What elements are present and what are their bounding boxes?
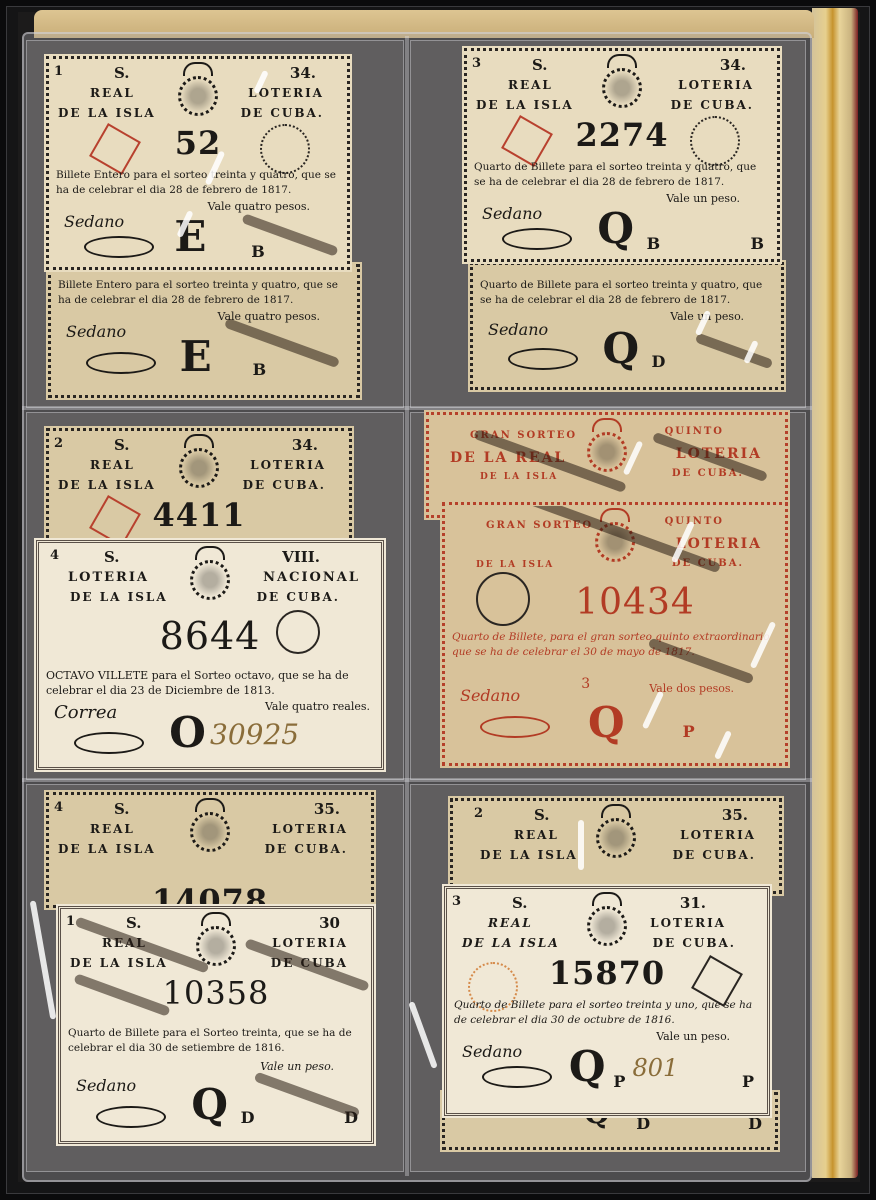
ticket-signature: Sedano xyxy=(488,320,548,339)
ticket-header-right-1: LOTERIA xyxy=(272,822,348,836)
ticket-corner-number: 1 xyxy=(54,64,63,79)
ticket-header-right-1: LOTERIA xyxy=(678,78,754,92)
ticket-series-letter: Q xyxy=(588,698,625,747)
ticket-series: S. xyxy=(114,64,130,82)
ticket-sub-letter: D xyxy=(241,1108,255,1127)
lottery-ticket-52: 1 S. 34. REAL DE LA ISLA LOTERIA DE CUBA… xyxy=(44,54,352,272)
ticket-series: S. xyxy=(512,894,528,912)
ticket-header-right-2: DE CUBA. xyxy=(671,98,754,112)
ticket-header-right-1: NACIONAL xyxy=(263,570,360,585)
ticket-sub-letter: D xyxy=(651,352,665,371)
ticket-header-left-2: DE LA ISLA xyxy=(476,560,554,570)
ticket-signature: Sedano xyxy=(64,212,124,231)
ticket-series: S. xyxy=(114,800,130,818)
ticket-draw-number: 30 xyxy=(319,914,340,932)
ticket-mark: 3 xyxy=(581,676,590,692)
ticket-draw-number: 34. xyxy=(290,64,316,82)
ticket-header-right-1: LOTERIA xyxy=(650,916,726,930)
ticket-number: 4411 xyxy=(50,496,348,534)
ticket-series: S. xyxy=(114,436,130,454)
royal-crest-icon xyxy=(188,798,232,856)
ticket-sub-letter: B xyxy=(253,360,267,379)
ticket-header-right-2: DE CUBA. xyxy=(265,842,348,856)
handwritten-number: 801 xyxy=(632,1054,678,1082)
lottery-ticket-10358: 1 S. 30 REAL DE LA ISLA LOTERIA DE CUBA … xyxy=(56,904,376,1146)
ticket-draw-number: 34. xyxy=(720,56,746,74)
ticket-value: Vale un peso. xyxy=(666,192,740,205)
lottery-ticket-10434: GRAN SORTEO DE LA ISLA QUINTO LOTERIA DE… xyxy=(440,500,790,768)
royal-crest-icon xyxy=(177,434,221,492)
album-spine-edge xyxy=(812,8,858,1178)
ticket-header-left-2: DE LA ISLA xyxy=(58,478,156,492)
ticket-header-left-2: DE LA ISLA xyxy=(70,590,168,604)
ticket-header-left-2: DE LA ISLA xyxy=(462,936,560,950)
ticket-sub-letter: P xyxy=(613,1072,625,1091)
ticket-text: Quarto de Billete para el sorteo treinta… xyxy=(454,998,760,1028)
ticket-header-right-2: DE CUBA. xyxy=(243,478,326,492)
ticket-header-right-2: DE CUBA. xyxy=(673,848,756,862)
ticket-series-letter: Q xyxy=(597,204,634,253)
royal-crest-icon xyxy=(600,54,644,112)
ticket-text: Quarto de Billete para el Sorteo treinta… xyxy=(68,1026,364,1056)
ticket-series: S. xyxy=(104,548,120,566)
royal-crest-icon xyxy=(594,804,638,862)
ticket-draw-number: 34. xyxy=(292,436,318,454)
ticket-header-left-2: DE LA ISLA xyxy=(480,848,578,862)
ticket-draw-number: VIII. xyxy=(282,548,320,566)
ticket-value: Vale un peso. xyxy=(260,1060,334,1073)
ticket-series-letter: Q xyxy=(603,324,640,373)
ticket-sub-letter: B xyxy=(251,242,265,261)
ticket-header-right-1: LOTERIA xyxy=(250,458,326,472)
ticket-value: Vale quatro reales. xyxy=(265,700,370,713)
ticket-sub-letter-right: P xyxy=(742,1072,754,1091)
ticket-draw-number: 35. xyxy=(722,806,748,824)
ticket-number: 2274 xyxy=(468,116,776,154)
ticket-header-right-2: DE CUBA. xyxy=(257,590,340,604)
ink-cancellation-mark xyxy=(224,318,340,368)
lottery-ticket-2274: 3 S. 34. REAL DE LA ISLA LOTERIA DE CUBA… xyxy=(462,46,782,264)
ticket-header-left-2: DE LA ISLA xyxy=(476,98,574,112)
ticket-series: S. xyxy=(534,806,550,824)
ticket-header-left-1: REAL xyxy=(90,86,135,100)
lottery-ticket-52-back: Billete Entero para el sorteo treinta y … xyxy=(46,262,362,400)
ticket-corner-number: 4 xyxy=(50,548,59,563)
ticket-signature: Sedano xyxy=(462,1042,522,1061)
ticket-header-left-1: REAL xyxy=(90,458,135,472)
ticket-corner-number: 3 xyxy=(452,894,461,909)
ticket-series-letter: Q xyxy=(569,1042,606,1091)
ticket-number: 15870 xyxy=(448,954,766,992)
sleeve-divider-horizontal-2 xyxy=(22,778,812,782)
ticket-value: Vale quatro pesos. xyxy=(208,200,310,213)
sleeve-glare xyxy=(578,820,584,870)
signature-flourish-icon xyxy=(86,352,156,374)
signature-flourish-icon xyxy=(508,348,578,370)
ticket-text: OCTAVO VILLETE para el Sorteo octavo, qu… xyxy=(46,668,374,698)
ticket-corner-number: 2 xyxy=(474,806,483,821)
ticket-text: Quarto de Billete para el sorteo treinta… xyxy=(480,278,774,308)
ticket-text: Quarto de Billete, para el gran sorteo q… xyxy=(452,630,778,660)
ticket-sub-letter: P xyxy=(683,722,695,741)
ticket-corner-number: 4 xyxy=(54,800,63,815)
signature-flourish-icon xyxy=(96,1106,166,1128)
ticket-header-left-1: REAL xyxy=(508,78,553,92)
lottery-ticket-4411: 2 S. 34. REAL DE LA ISLA LOTERIA DE CUBA… xyxy=(44,426,354,546)
ticket-corner-number: 3 xyxy=(472,56,481,71)
ticket-draw-number: 35. xyxy=(314,800,340,818)
ticket-series: S. xyxy=(126,914,142,932)
ticket-header-right-1: LOTERIA xyxy=(272,936,348,950)
ticket-header-left-1: REAL xyxy=(90,822,135,836)
ticket-series: S. xyxy=(532,56,548,74)
ticket-text: Quarto de Billete para el sorteo treinta… xyxy=(474,160,770,190)
ticket-header-left-1: REAL xyxy=(488,916,533,930)
lottery-ticket-15870: 3 S. 31. REAL DE LA ISLA LOTERIA DE CUBA… xyxy=(442,884,772,1118)
ticket-header-left-3: DE LA ISLA xyxy=(480,472,558,482)
ticket-header-left-2: DE LA ISLA xyxy=(58,106,156,120)
ink-cancellation-mark xyxy=(695,333,774,370)
signature-flourish-icon xyxy=(482,1066,552,1088)
ticket-header-right-1: QUINTO xyxy=(665,516,724,527)
handwritten-number: 30925 xyxy=(210,718,299,751)
signature-flourish-icon xyxy=(74,732,144,754)
royal-crest-icon xyxy=(585,418,629,476)
ticket-corner-number: 2 xyxy=(54,436,63,451)
ticket-corner-number: 1 xyxy=(66,914,75,929)
ticket-header-right-2: DE CUBA. xyxy=(653,936,736,950)
lottery-ticket-8644: 4 S. VIII. LOTERIA DE LA ISLA NACIONAL D… xyxy=(34,538,386,772)
royal-crest-icon xyxy=(176,62,220,120)
ticket-series-letter: O xyxy=(169,708,206,757)
ticket-header-left-1: REAL xyxy=(514,828,559,842)
ticket-signature: Sedano xyxy=(76,1076,136,1095)
ticket-header-left-1: LOTERIA xyxy=(68,570,149,585)
ticket-series-letter: Q xyxy=(191,1080,228,1129)
ticket-header-right-1: LOTERIA xyxy=(680,828,756,842)
ticket-header-left-2: DE LA ISLA xyxy=(58,842,156,856)
ticket-header-right-2: LOTERIA xyxy=(676,536,762,552)
ticket-number: 10434 xyxy=(486,582,784,623)
lottery-ticket-q-d: Quarto de Billete para el sorteo treinta… xyxy=(468,260,786,392)
signature-flourish-icon xyxy=(480,716,550,738)
ticket-signature: Sedano xyxy=(482,204,542,223)
royal-crest-icon xyxy=(585,892,629,950)
ticket-text: Billete Entero para el sorteo treinta y … xyxy=(56,168,340,198)
signature-flourish-icon xyxy=(502,228,572,250)
ticket-sub-letter-right: B xyxy=(750,234,764,253)
ink-cancellation-mark xyxy=(254,1071,361,1118)
ticket-value: Vale un peso. xyxy=(656,1030,730,1043)
lottery-ticket-draw-35: 2 S. 35. REAL DE LA ISLA LOTERIA DE CUBA… xyxy=(448,796,784,896)
ticket-signature: Sedano xyxy=(66,322,126,341)
lottery-ticket-14078: 4 S. 35. REAL DE LA ISLA LOTERIA DE CUBA… xyxy=(44,790,376,910)
ticket-series-letter: E xyxy=(180,332,212,381)
ticket-number: 8644 xyxy=(40,614,380,658)
ticket-header-left-2: DE LA ISLA xyxy=(70,956,168,970)
signature-flourish-icon xyxy=(84,236,154,258)
ticket-signature: Correa xyxy=(54,702,117,723)
ticket-sub-letter: B xyxy=(647,234,661,253)
royal-crest-icon xyxy=(188,546,232,604)
ticket-header-right-1: QUINTO xyxy=(665,426,724,437)
ticket-header-right-2: DE CUBA. xyxy=(241,106,324,120)
ticket-number: 52 xyxy=(50,124,346,162)
ticket-text: Billete Entero para el sorteo treinta y … xyxy=(58,278,350,308)
ticket-signature: Sedano xyxy=(460,686,520,705)
ticket-draw-number: 31. xyxy=(680,894,706,912)
